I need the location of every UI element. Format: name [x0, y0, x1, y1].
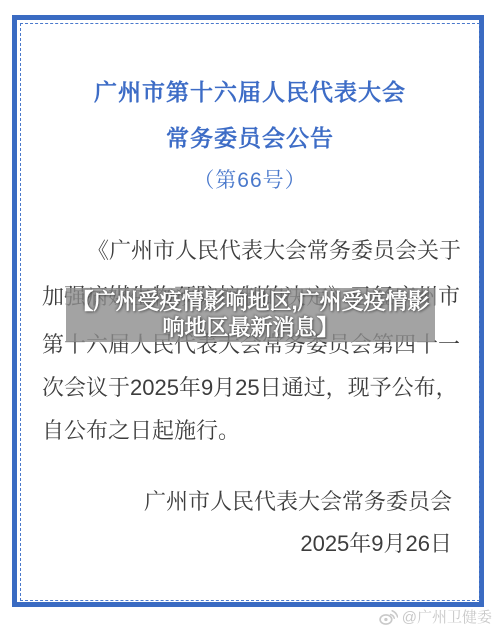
weibo-icon [378, 608, 398, 626]
caption-overlay: 【广州受疫情影响地区,广州受疫情影 响地区最新消息】 [66, 288, 435, 342]
notice-title-line1: 广州市第十六届人民代表大会 [0, 74, 500, 107]
notice-body-line: 自公布之日起施行。 [42, 418, 240, 444]
caption-overlay-line2: 响地区最新消息】 [162, 315, 338, 341]
notice-signature: 广州市人民代表大会常务委员会 [144, 489, 452, 515]
watermark-text: @广州卫健委 [402, 606, 492, 627]
announcement-image: 广州市第十六届人民代表大会 常务委员会公告 （第66号） 《广州市人民代表大会常… [0, 0, 500, 633]
caption-overlay-line1: 【广州受疫情影响地区,广州受疫情影 [71, 289, 429, 315]
notice-signature-date: 2025年9月26日 [300, 531, 452, 557]
watermark: @广州卫健委 [378, 606, 492, 627]
notice-body-line: 《广州市人民代表大会常务委员会关于 [87, 238, 461, 264]
notice-issue-number: （第66号） [0, 164, 500, 194]
notice-title-line2: 常务委员会公告 [0, 120, 500, 153]
notice-body-line: 次会议于2025年9月25日通过，现予公布， [42, 375, 458, 401]
